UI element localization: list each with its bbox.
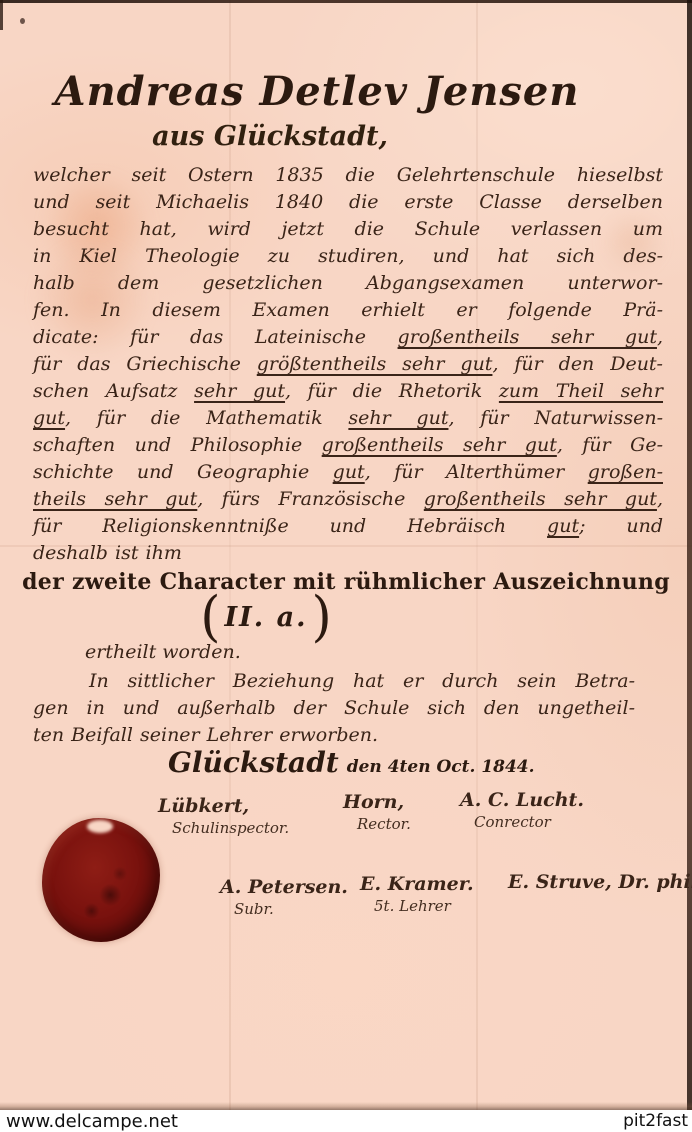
- signature-block: A. C. Lucht.Conrector: [460, 788, 584, 832]
- paren-open: (: [200, 591, 220, 644]
- grade-text: II. a.: [225, 602, 308, 633]
- underlined-grade: größtentheils sehr gut: [257, 353, 493, 375]
- manuscript-line: für Religionskenntniße und Hebräisch gut…: [33, 513, 663, 540]
- manuscript-line: halb dem gesetzlichen Abgangsexamen unte…: [33, 270, 663, 297]
- manuscript-line: dicate: für das Lateinische großentheils…: [33, 324, 663, 351]
- manuscript-line: und seit Michaelis 1840 die erste Classe…: [33, 189, 663, 216]
- manuscript-line: für das Griechische größtentheils sehr g…: [33, 351, 663, 378]
- student-name: Andreas Detlev Jensen: [0, 70, 634, 114]
- manuscript-line: schen Aufsatz sehr gut, für die Rhetorik…: [33, 378, 663, 405]
- manuscript-line: schichte und Geographie gut, für Alterth…: [33, 459, 663, 486]
- manuscript-line: schaften und Philosophie großentheils se…: [33, 432, 663, 459]
- signature-name: E. Struve, Dr. phil.: [508, 870, 692, 894]
- scan-edge-top: [0, 0, 692, 3]
- signature-block: A. Petersen.Subr.: [220, 875, 348, 919]
- manuscript-line: besucht hat, wird jetzt die Schule verla…: [33, 216, 663, 243]
- manuscript-line: ten Beifall seiner Lehrer erworben.: [33, 722, 635, 749]
- dateline-date: den 4ten Oct. 1844.: [347, 757, 535, 777]
- paper-bottom-shadow: [0, 1102, 692, 1110]
- ink-speck: [20, 18, 25, 24]
- underlined-grade: gut: [333, 461, 365, 483]
- signature-name: Lübkert,: [158, 794, 289, 818]
- manuscript-line: in Kiel Theologie zu studiren, und hat s…: [33, 243, 663, 270]
- watermark-right: pit2fast: [623, 1111, 692, 1131]
- dateline-place: Glückstadt: [168, 746, 339, 779]
- dateline: Glückstadt den 4ten Oct. 1844.: [168, 746, 535, 779]
- underlined-grade: großen-: [588, 461, 663, 483]
- watermark-bar: www.delcampe.net pit2fast: [0, 1110, 692, 1132]
- signature-title: Conrector: [460, 812, 584, 832]
- scan-edge-left: [0, 0, 3, 30]
- underlined-grade: großentheils sehr gut: [322, 434, 557, 456]
- conduct-paragraph: In sittlicher Beziehung hat er durch sei…: [33, 668, 635, 749]
- grade-mark: ( II. a. ): [193, 592, 339, 642]
- signature-title: Subr.: [220, 899, 348, 919]
- student-origin: aus Glückstadt,: [0, 121, 540, 152]
- signature-title: Schulinspector.: [158, 818, 289, 838]
- manuscript-line: theils sehr gut, fürs Französische große…: [33, 486, 663, 513]
- underlined-grade: großentheils sehr gut: [398, 326, 657, 348]
- certificate-body: welcher seit Ostern 1835 die Gelehrtensc…: [33, 162, 663, 567]
- watermark-left: www.delcampe.net: [0, 1111, 178, 1132]
- document-paper: Andreas Detlev Jensen aus Glückstadt, we…: [0, 0, 692, 1110]
- signature-block: Horn,Rector.: [343, 790, 411, 834]
- underlined-grade: großentheils sehr gut: [424, 488, 657, 510]
- underlined-grade: sehr gut: [348, 407, 448, 429]
- manuscript-line: In sittlicher Beziehung hat er durch sei…: [33, 668, 635, 695]
- underlined-grade: theils sehr gut: [33, 488, 197, 510]
- paren-close: ): [311, 591, 331, 644]
- wax-seal-icon: [42, 818, 160, 942]
- manuscript-line: deshalb ist ihm: [33, 540, 663, 567]
- award-line: der zweite Character mit rühmlicher Ausz…: [0, 569, 692, 595]
- signature-block: E. Kramer.5t. Lehrer: [360, 872, 474, 916]
- manuscript-line: gen in und außerhalb der Schule sich den…: [33, 695, 635, 722]
- scan-edge-right: [687, 0, 692, 1110]
- underlined-grade: sehr gut: [194, 380, 285, 402]
- signature-name: Horn,: [343, 790, 411, 814]
- manuscript-line: gut, für die Mathematik sehr gut, für Na…: [33, 405, 663, 432]
- closing-line: ertheilt worden.: [85, 641, 241, 663]
- signature-title: Rector.: [343, 814, 411, 834]
- signature-name: E. Kramer.: [360, 872, 474, 896]
- manuscript-line: welcher seit Ostern 1835 die Gelehrtensc…: [33, 162, 663, 189]
- signature-name: A. C. Lucht.: [460, 788, 584, 812]
- signature-title: 5t. Lehrer: [360, 896, 474, 916]
- manuscript-line: fen. In diesem Examen erhielt er folgend…: [33, 297, 663, 324]
- underlined-grade: gut: [33, 407, 65, 429]
- signature-name: A. Petersen.: [220, 875, 348, 899]
- signature-block: Lübkert,Schulinspector.: [158, 794, 289, 838]
- signature-block: E. Struve, Dr. phil.: [508, 870, 692, 894]
- underlined-grade: gut: [547, 515, 579, 537]
- underlined-grade: zum Theil sehr: [499, 380, 663, 402]
